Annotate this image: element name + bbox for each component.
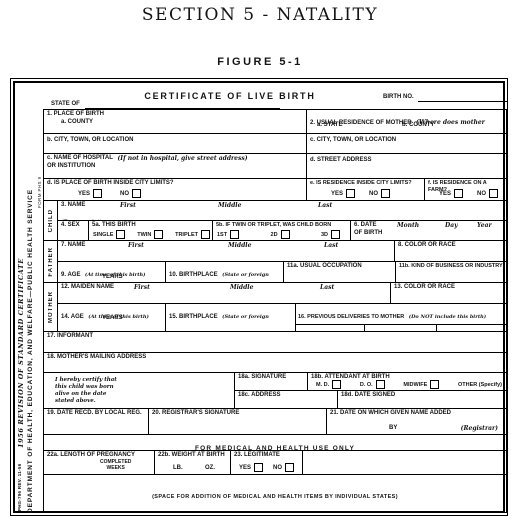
- field-18d-date-signed: 18d. DATE SIGNED: [337, 391, 506, 408]
- field-3-child-name: 3. NAME (Type or print) First Middle Las…: [58, 201, 506, 220]
- option-label: OTHER (Specify): [458, 382, 502, 388]
- yes-label: YES: [239, 465, 251, 471]
- field-20-registrar-signature: 20. REGISTRAR'S SIGNATURE: [148, 409, 326, 434]
- lb-unit-label: LB.: [173, 465, 183, 473]
- no-option: NO: [120, 189, 141, 198]
- field-8-color-or-race: 8. COLOR OR RACE: [394, 241, 506, 261]
- field-label: e. IS RESIDENCE INSIDE CITY LIMITS?: [310, 180, 421, 187]
- checkbox-icon: [230, 230, 239, 239]
- midwife-option: MIDWIFE: [403, 380, 439, 389]
- no-label: NO: [369, 191, 378, 197]
- field-label: 1. PLACE OF BIRTH: [47, 111, 303, 119]
- certification-statement-cell: I hereby certify that this child was bor…: [44, 373, 234, 408]
- field-sublabel: b. COUNTY: [402, 122, 434, 130]
- group-rows: 3. NAME (Type or print) First Middle Las…: [58, 201, 506, 240]
- empty-cell: [302, 451, 506, 474]
- yes-option: YES: [239, 463, 263, 472]
- table-row: 7. NAME First Middle Last 8. COLOR OR RA…: [58, 241, 506, 261]
- margin-form-number: PHS-796 REV. 11-56: [17, 445, 22, 511]
- day-column: Day: [445, 222, 458, 229]
- field-label: 16. PREVIOUS DELIVERIES TO MOTHER: [298, 314, 404, 320]
- twin-option: TWIN: [137, 230, 163, 239]
- field-label: 12. MAIDEN NAME: [61, 284, 387, 292]
- field-label: 11a. USUAL OCCUPATION: [287, 263, 392, 271]
- triplet-option: TRIPLET: [175, 230, 210, 239]
- no-option: NO: [273, 463, 294, 472]
- rule-line: [418, 101, 507, 102]
- field-label: 11b. KIND OF BUSINESS OR INDUSTRY: [399, 263, 503, 270]
- yes-label: YES: [439, 191, 451, 197]
- field-2e-residence-inside-city: e. IS RESIDENCE INSIDE CITY LIMITS? YES …: [306, 179, 424, 200]
- checkbox-icon: [454, 189, 463, 198]
- field-2c-city-town: c. CITY, TOWN, OR LOCATION: [306, 134, 506, 153]
- yes-label: YES: [331, 191, 343, 197]
- yes-no-options: YES NO: [331, 189, 390, 198]
- table-row: 14. AGE (At time of this birth) YEARS 15…: [58, 303, 506, 332]
- option-label: MIDWIFE: [403, 382, 427, 388]
- attendant-options: M. D. D. O. MIDWIFE OTHER (Specify): [316, 380, 502, 389]
- third-born-option: 3D: [321, 230, 340, 239]
- field-label: c. CITY, TOWN, OR LOCATION: [310, 137, 503, 145]
- name-column-first: First: [120, 202, 136, 209]
- group-label-child: CHILD: [44, 201, 58, 240]
- certificate-table: 1. PLACE OF BIRTH a. COUNTY 2. USUAL RES…: [43, 109, 507, 513]
- checkbox-icon: [331, 230, 340, 239]
- table-row: 22a. LENGTH OF PREGNANCY COMPLETED WEEKS…: [44, 450, 506, 474]
- field-11a-usual-occupation: 11a. USUAL OCCUPATION: [283, 262, 395, 283]
- checkbox-icon: [489, 189, 498, 198]
- other-option: OTHER (Specify): [458, 382, 502, 388]
- name-column-last: Last: [318, 202, 332, 209]
- field-9-father-age: 9. AGE (At time of this birth) YEARS: [58, 262, 165, 283]
- field-label: 8. COLOR OR RACE: [398, 242, 503, 250]
- field-11b-kind-of-business: 11b. KIND OF BUSINESS OR INDUSTRY: [395, 262, 506, 283]
- field-1b-city-town: b. CITY, TOWN, OR LOCATION: [44, 134, 306, 153]
- field-label: 19. DATE RECD. BY LOCAL REG.: [47, 410, 145, 418]
- field-label: 18a. SIGNATURE: [238, 374, 304, 382]
- table-row: 1. PLACE OF BIRTH a. COUNTY 2. USUAL RES…: [44, 110, 506, 133]
- field-2d-street-address: d. STREET ADDRESS: [306, 154, 506, 178]
- birth-order-options: 1ST 2D 3D: [217, 230, 340, 239]
- margin-department-note: DEPARTMENT OF HEALTH, EDUCATION, AND WEL…: [27, 103, 34, 513]
- field-18a-signature: 18a. SIGNATURE: [235, 373, 307, 390]
- field-label: 23. LEGITIMATE: [234, 452, 299, 460]
- field-7-father-name: 7. NAME First Middle Last: [58, 241, 394, 261]
- state-space-note: (SPACE FOR ADDITION OF MEDICAL AND HEALT…: [152, 494, 398, 500]
- field-12-maiden-name: 12. MAIDEN NAME First Middle Last: [58, 283, 390, 303]
- table-row: c. NAME OF HOSPITAL OR INSTITUTION (If n…: [44, 153, 506, 178]
- table-row: 3. NAME (Type or print) First Middle Las…: [58, 201, 506, 220]
- field-22a-length-of-pregnancy: 22a. LENGTH OF PREGNANCY COMPLETED WEEKS: [44, 451, 154, 474]
- name-column-first: First: [134, 284, 150, 291]
- checkbox-icon: [281, 230, 290, 239]
- group-label-text: MOTHER: [48, 291, 54, 323]
- checkbox-icon: [332, 380, 341, 389]
- group-mother: MOTHER 12. MAIDEN NAME First Middle Last: [44, 282, 506, 331]
- checkbox-icon: [132, 189, 141, 198]
- by-label: BY: [389, 425, 397, 433]
- checkbox-icon: [254, 463, 263, 472]
- year-column: Year: [477, 222, 492, 229]
- group-rows: 7. NAME First Middle Last 8. COLOR OR RA…: [58, 241, 506, 282]
- field-14-mother-age: 14. AGE (At time of this birth) YEARS: [58, 304, 165, 332]
- field-5a-this-birth: 5a. THIS BIRTH SINGLE TWIN TRIPLET: [88, 221, 212, 241]
- field-label: 9. AGE: [61, 272, 80, 278]
- field-16-header: 16. PREVIOUS DELIVERIES TO MOTHER (Do NO…: [296, 304, 506, 325]
- field-label: 22a. LENGTH OF PREGNANCY: [47, 452, 151, 460]
- option-label: 1ST: [217, 232, 227, 238]
- table-row: 18a. SIGNATURE 18b. ATTENDANT AT BIRTH M…: [235, 373, 506, 390]
- field-4-sex: 4. SEX: [58, 221, 88, 241]
- certificate-frame-inner: 1956 REVISION OF STANDARD CERTIFICATE DE…: [13, 81, 505, 513]
- name-column-middle: Middle: [228, 242, 251, 249]
- field-label: 15. BIRTHPLACE: [169, 314, 218, 320]
- medical-banner-row: FOR MEDICAL AND HEALTH USE ONLY (This se…: [44, 434, 506, 450]
- state-of-label: STATE OF: [51, 101, 80, 107]
- field-19-date-received: 19. DATE RECD. BY LOCAL REG.: [44, 409, 148, 434]
- name-column-last: Last: [324, 242, 338, 249]
- field-label: 22b. WEIGHT AT BIRTH: [158, 452, 227, 460]
- field-label: d. STREET ADDRESS: [310, 157, 503, 165]
- field-label: 17. INFORMANT: [47, 333, 503, 341]
- yes-no-options: YES NO: [78, 189, 141, 198]
- figure-label: FIGURE 5-1: [0, 56, 520, 68]
- birth-no-label: BIRTH NO.: [383, 94, 414, 100]
- group-child: CHILD 3. NAME (Type or print) First Midd…: [44, 200, 506, 240]
- certificate-header: CERTIFICATE OF LIVE BIRTH BIRTH NO. STAT…: [43, 87, 507, 109]
- field-16-previous-deliveries: 16. PREVIOUS DELIVERIES TO MOTHER (Do NO…: [295, 304, 506, 332]
- table-row: 4. SEX 5a. THIS BIRTH SINGLE TWIN TRIPLE…: [58, 220, 506, 241]
- field-label: 20. REGISTRAR'S SIGNATURE: [152, 410, 323, 418]
- yes-option: YES: [439, 189, 463, 198]
- field-21-given-name-added: 21. DATE ON WHICH GIVEN NAME ADDED BY (R…: [326, 409, 506, 434]
- group-father: FATHER 7. NAME First Middle Last 8. COLO: [44, 240, 506, 282]
- certification-statement: I hereby certify that this child was bor…: [55, 377, 125, 406]
- field-label: 10. BIRTHPLACE: [169, 272, 218, 278]
- certification-block: I hereby certify that this child was bor…: [44, 372, 506, 408]
- field-label: 18. MOTHER'S MAILING ADDRESS: [47, 354, 503, 362]
- field-label: 7. NAME: [61, 242, 391, 250]
- yes-option: YES: [331, 189, 355, 198]
- registrar-label: (Registrar): [461, 425, 498, 432]
- yes-option: YES: [78, 189, 102, 198]
- field-18b-attendant-at-birth: 18b. ATTENDANT AT BIRTH M. D. D. O. MIDW…: [307, 373, 506, 390]
- field-5b-twin-order: 5b. IF TWIN OR TRIPLET, WAS CHILD BORN 1…: [212, 221, 350, 241]
- option-label: 3D: [321, 232, 328, 238]
- field-label: 5a. THIS BIRTH: [92, 222, 209, 230]
- group-label-text: CHILD: [48, 209, 54, 232]
- section-title: SECTION 5 - NATALITY: [0, 5, 520, 25]
- checkbox-icon: [285, 463, 294, 472]
- field-13-color-or-race: 13. COLOR OR RACE: [390, 283, 506, 303]
- name-column-last: Last: [320, 284, 334, 291]
- option-label: M. D.: [316, 382, 329, 388]
- field-1d-inside-city-limits: d. IS PLACE OF BIRTH INSIDE CITY LIMITS?…: [44, 179, 306, 200]
- field-2f-residence-on-farm: f. IS RESIDENCE ON A FARM? YES NO: [424, 179, 506, 200]
- table-row: 9. AGE (At time of this birth) YEARS 10.…: [58, 261, 506, 283]
- group-label-text: FATHER: [48, 247, 54, 277]
- field-23-legitimate: 23. LEGITIMATE YES NO: [230, 451, 302, 474]
- years-unit-label: YEARS: [102, 315, 123, 323]
- certificate-title: CERTIFICATE OF LIVE BIRTH: [43, 91, 417, 101]
- checkbox-icon: [430, 380, 439, 389]
- field-label: 13. COLOR OR RACE: [394, 284, 503, 292]
- first-born-option: 1ST: [217, 230, 239, 239]
- table-row: 17. INFORMANT: [44, 331, 506, 352]
- yes-label: YES: [78, 191, 90, 197]
- table-row: 12. MAIDEN NAME First Middle Last 13. CO…: [58, 283, 506, 303]
- field-label: 14. AGE: [61, 314, 84, 320]
- years-unit-label: YEARS: [102, 274, 123, 282]
- field-label: c. NAME OF HOSPITAL OR INSTITUTION: [47, 155, 113, 170]
- field-15-mother-birthplace: 15. BIRTHPLACE (State or foreign country…: [165, 304, 295, 332]
- option-label: D. O.: [360, 382, 373, 388]
- document-page: SECTION 5 - NATALITY FIGURE 5-1 1956 REV…: [0, 0, 520, 523]
- option-label: 2D: [271, 232, 278, 238]
- field-sublabel: a. COUNTY: [61, 119, 303, 127]
- margin-form-code: FORM PHS 9: [37, 128, 42, 208]
- field-2-usual-residence: 2. USUAL RESIDENCE OF MOTHER (Where does…: [306, 110, 506, 133]
- no-option: NO: [369, 189, 390, 198]
- group-label-mother: MOTHER: [44, 283, 58, 331]
- group-label-father: FATHER: [44, 241, 58, 282]
- checkbox-icon: [93, 189, 102, 198]
- table-row: 18. MOTHER'S MAILING ADDRESS: [44, 352, 506, 372]
- field-sublabel: a. STATE: [317, 122, 342, 130]
- field-17-informant: 17. INFORMANT: [44, 332, 506, 352]
- no-label: NO: [273, 465, 282, 471]
- field-18-mothers-mailing-address: 18. MOTHER'S MAILING ADDRESS: [44, 353, 506, 372]
- option-label: TWIN: [137, 232, 151, 238]
- state-space-row: (SPACE FOR ADDITION OF MEDICAL AND HEALT…: [44, 474, 506, 512]
- medical-banner: FOR MEDICAL AND HEALTH USE ONLY (This se…: [44, 435, 506, 450]
- certificate-frame: 1956 REVISION OF STANDARD CERTIFICATE DE…: [10, 78, 508, 516]
- name-column-middle: Middle: [230, 284, 253, 291]
- field-22b-weight-at-birth: 22b. WEIGHT AT BIRTH LB. OZ.: [154, 451, 230, 474]
- do-option: D. O.: [360, 380, 385, 389]
- checkbox-icon: [116, 230, 125, 239]
- name-column-middle: Middle: [218, 202, 241, 209]
- month-column: Month: [397, 222, 419, 229]
- checkbox-icon: [201, 230, 210, 239]
- no-label: NO: [477, 191, 486, 197]
- md-option: M. D.: [316, 380, 341, 389]
- checkbox-icon: [381, 189, 390, 198]
- field-label: 18d. DATE SIGNED: [341, 392, 503, 400]
- field-10-father-birthplace: 10. BIRTHPLACE (State or foreign country…: [165, 262, 283, 283]
- option-label: SINGLE: [93, 232, 113, 238]
- table-row: 18c. ADDRESS 18d. DATE SIGNED: [235, 390, 506, 408]
- field-1c-hospital-name: c. NAME OF HOSPITAL OR INSTITUTION (If n…: [44, 154, 306, 178]
- group-rows: 12. MAIDEN NAME First Middle Last 13. CO…: [58, 283, 506, 331]
- second-born-option: 2D: [271, 230, 290, 239]
- state-space-note-cell: (SPACE FOR ADDITION OF MEDICAL AND HEALT…: [44, 475, 506, 512]
- checkbox-icon: [346, 189, 355, 198]
- field-label: 4. SEX: [61, 222, 85, 230]
- table-row: d. IS PLACE OF BIRTH INSIDE CITY LIMITS?…: [44, 178, 506, 200]
- single-option: SINGLE: [93, 230, 125, 239]
- oz-unit-label: OZ.: [205, 465, 215, 473]
- yes-no-options: YES NO: [439, 189, 498, 198]
- table-row: 19. DATE RECD. BY LOCAL REG. 20. REGISTR…: [44, 408, 506, 434]
- checkbox-icon: [376, 380, 385, 389]
- no-label: NO: [120, 191, 129, 197]
- field-18c-address: 18c. ADDRESS: [235, 391, 337, 408]
- field-label: 18c. ADDRESS: [238, 392, 334, 400]
- attendant-section: 18a. SIGNATURE 18b. ATTENDANT AT BIRTH M…: [234, 373, 506, 408]
- field-label: 6. DATE OF BIRTH: [354, 222, 384, 237]
- yes-no-options: YES NO: [239, 463, 294, 472]
- option-label: TRIPLET: [175, 232, 198, 238]
- field-hint: (Do NOT include this birth): [409, 314, 486, 320]
- field-label: 21. DATE ON WHICH GIVEN NAME ADDED: [330, 410, 503, 418]
- birth-type-options: SINGLE TWIN TRIPLET: [93, 230, 210, 239]
- table-row: b. CITY, TOWN, OR LOCATION c. CITY, TOWN…: [44, 133, 506, 153]
- field-1-place-of-birth: 1. PLACE OF BIRTH a. COUNTY: [44, 110, 306, 133]
- no-option: NO: [477, 189, 498, 198]
- field-label: d. IS PLACE OF BIRTH INSIDE CITY LIMITS?: [47, 180, 303, 188]
- field-label: 5b. IF TWIN OR TRIPLET, WAS CHILD BORN: [216, 222, 347, 229]
- checkbox-icon: [154, 230, 163, 239]
- field-6-date-of-birth: 6. DATE OF BIRTH Month Day Year: [350, 221, 506, 241]
- completed-weeks-label: COMPLETED WEEKS: [100, 459, 131, 472]
- margin-revision-note: 1956 REVISION OF STANDARD CERTIFICATE: [17, 248, 25, 448]
- field-label: b. CITY, TOWN, OR LOCATION: [47, 137, 303, 145]
- name-column-first: First: [128, 242, 144, 249]
- field-hint: (If not in hospital, give street address…: [117, 155, 247, 162]
